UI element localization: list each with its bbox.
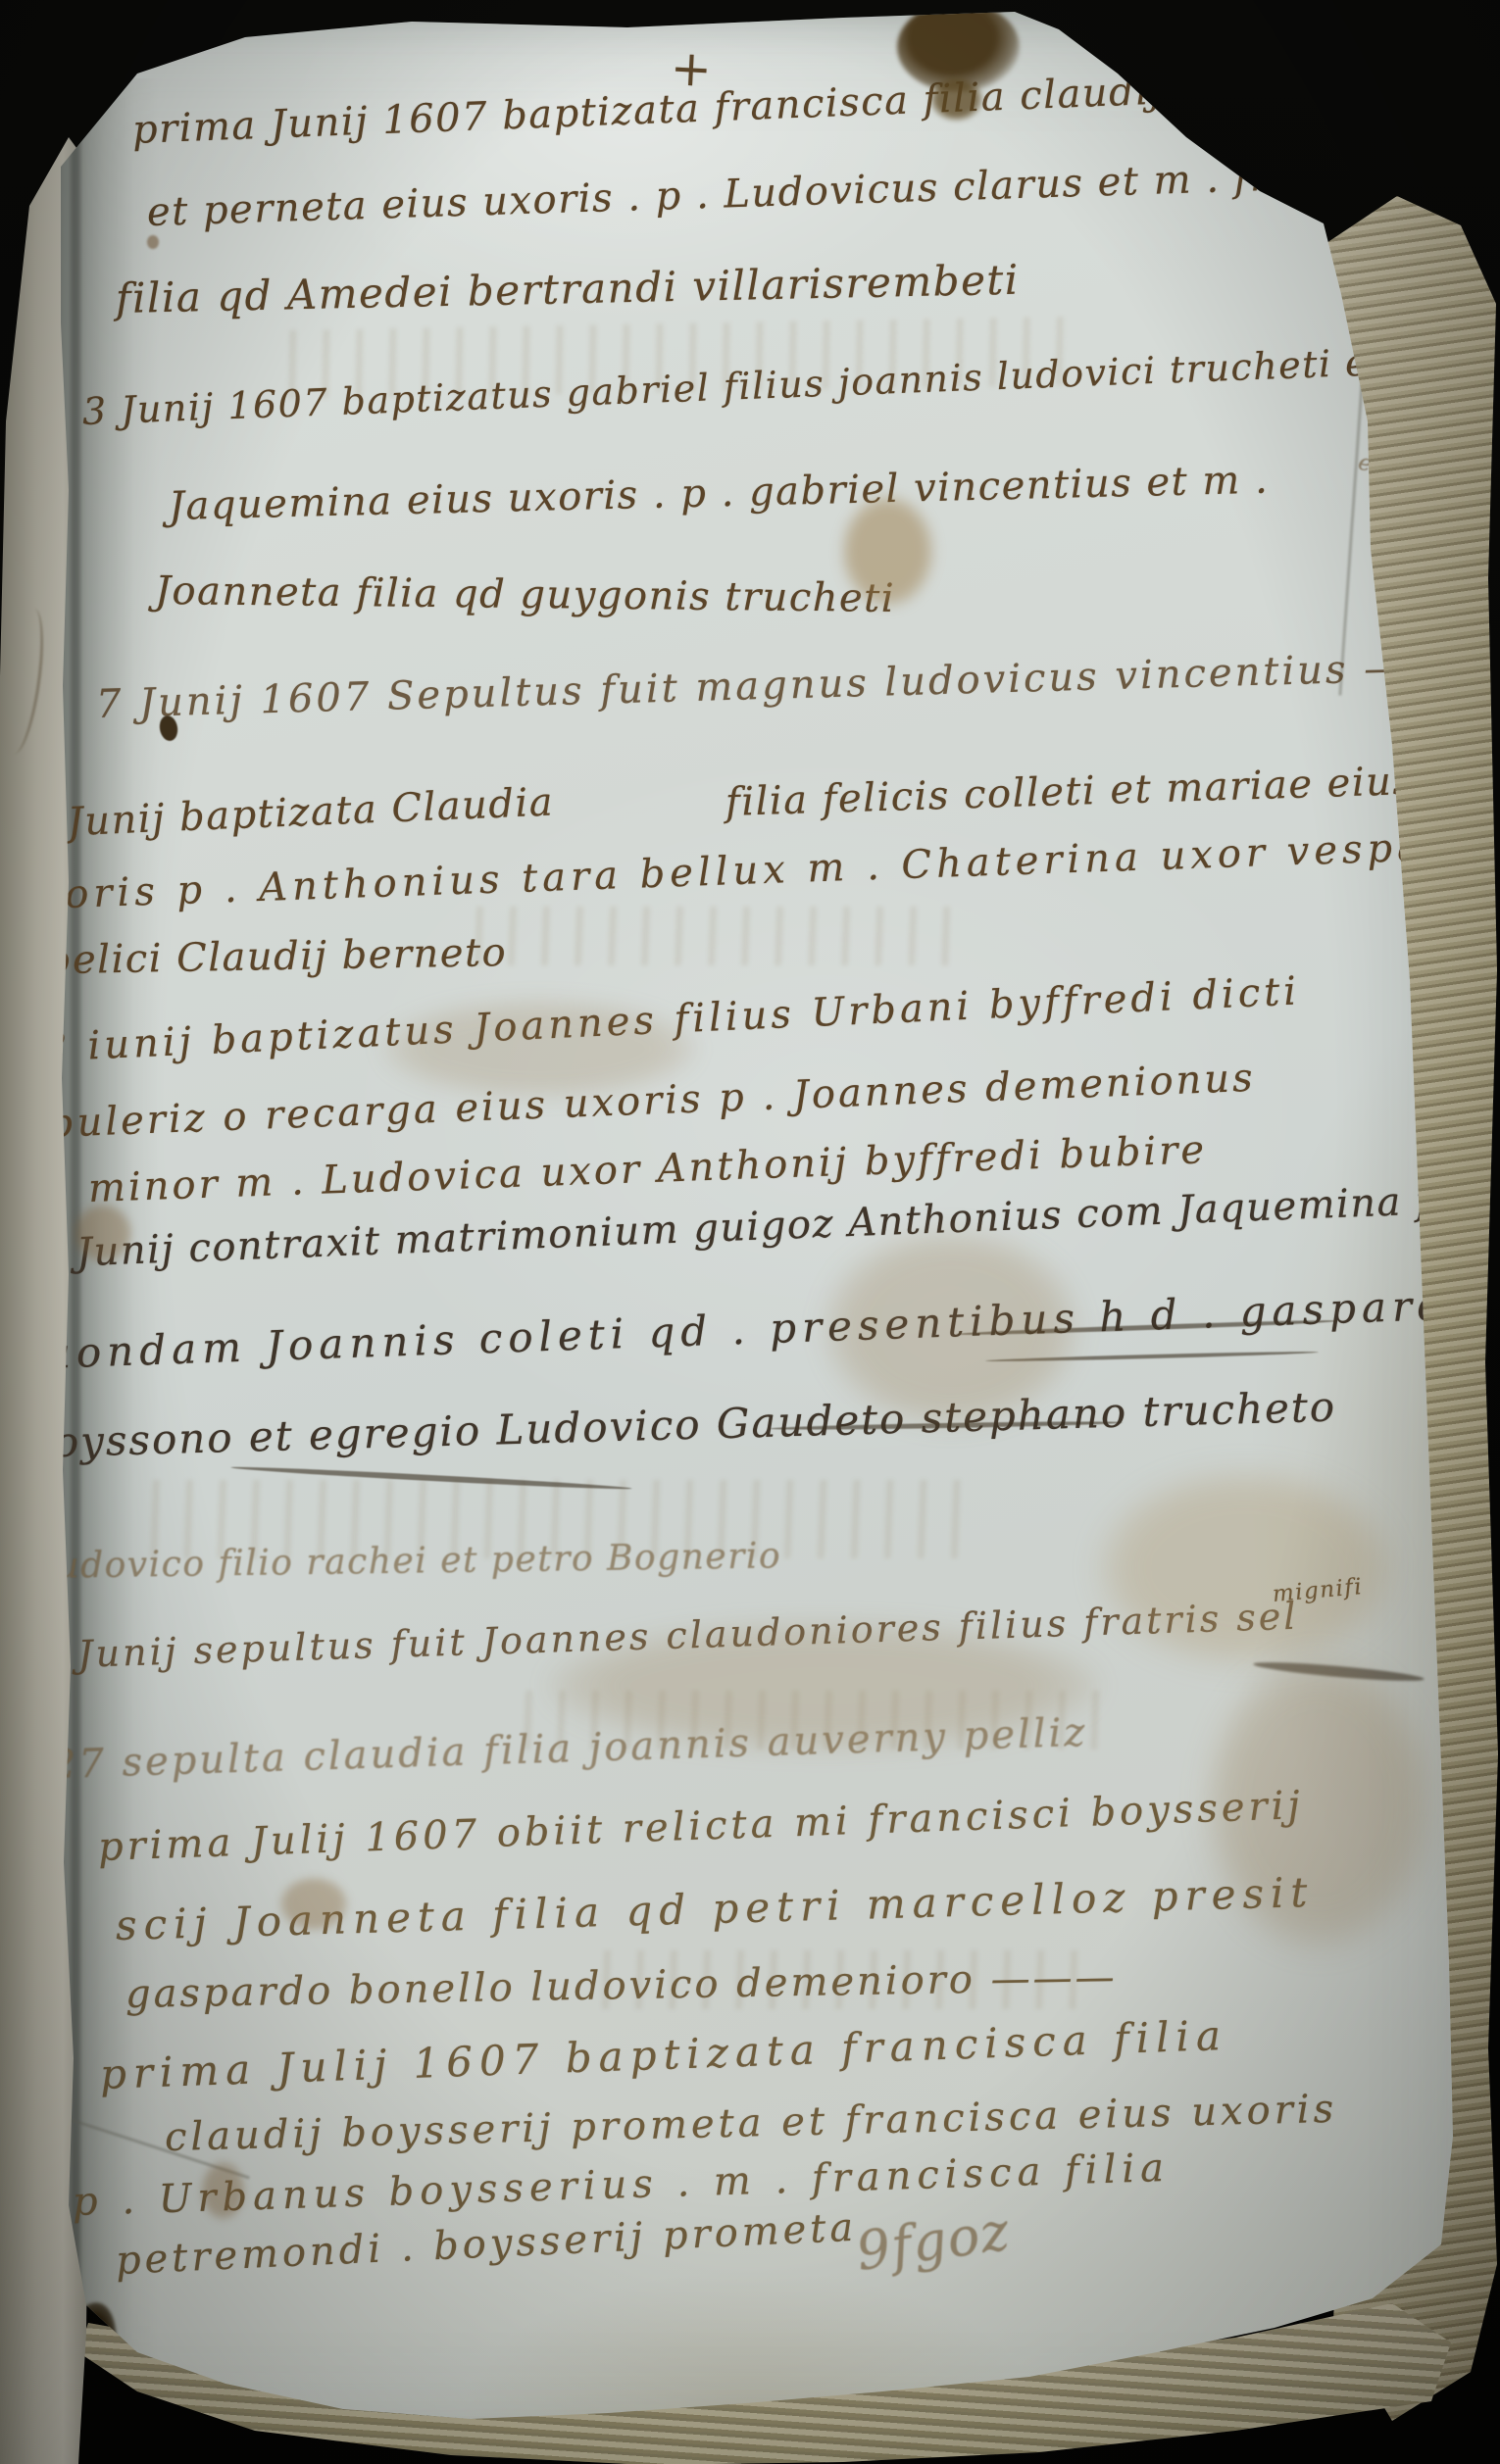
manuscript-line: scij Joanneta filia qd petri marcelloz p… (115, 1868, 1315, 1949)
manuscript-line: Boyssono et egregio Ludovico Gaudeto ste… (21, 1383, 1336, 1467)
photo-background: + prima Junij 1607 baptizata francisca f… (0, 0, 1500, 2464)
end-flourish: 9fgoz (853, 2199, 1015, 2282)
manuscript-line: tabelici Claudij berneto (4, 930, 508, 984)
ink-smear (1253, 1658, 1425, 1684)
manuscript-line: Jaquemina eius uxoris . p . gabriel vinc… (168, 458, 1269, 529)
manuscript-line: 27 sepulta claudia filia joannis auverny… (50, 1710, 1088, 1788)
margin-edge-note: ett (1355, 450, 1396, 484)
manuscript-line: prima Julij 1607 baptizata francisca fil… (99, 2011, 1228, 2098)
manuscript-line: 25 Junij sepultus fuit Joannes claudonio… (9, 1595, 1299, 1678)
manuscript-line: gaspardo bonello ludovico demenioro ——— (125, 1954, 1118, 2017)
manuscript-line: prima Junij 1607 baptizata francisca fil… (131, 62, 1345, 153)
superscript-note: mignifi (1272, 1574, 1364, 1607)
ink-bleed (461, 907, 971, 965)
manuscript-line: 3 Junij 1607 baptizatus gabriel filius j… (81, 340, 1385, 433)
manuscript-line: filia felicis colleti et mariae eius (725, 759, 1415, 825)
binding-crease (71, 98, 80, 2313)
manuscript-line: filia qd Amedei bertrandi villarisrembet… (115, 256, 1020, 322)
manuscript-line: prima Julij 1607 obiit relicta mi franci… (97, 1783, 1304, 1870)
pen-flourish (985, 1351, 1319, 1363)
manuscript-line: 12 iunij baptizatus Joannes filius Urban… (13, 968, 1301, 1072)
manuscript-line: Joanneta filia qd guygonis trucheti (155, 568, 896, 621)
manuscript-line: quondam Joannis coleti qd . presentibus … (11, 1280, 1481, 1379)
manuscript-line: et perneta eius uxoris . p . Ludovicus c… (146, 150, 1429, 235)
manuscript-line: 7 Junij 1607 Sepultus fuit magnus ludovi… (95, 643, 1490, 727)
manuscript-line: uxoris p . Anthonius tara bellux m . Cha… (7, 825, 1425, 919)
adjacent-page-ink-mark (0, 606, 50, 756)
pen-flourish (230, 1464, 632, 1491)
manuscript-page: + prima Junij 1607 baptizata francisca f… (0, 0, 1500, 2464)
